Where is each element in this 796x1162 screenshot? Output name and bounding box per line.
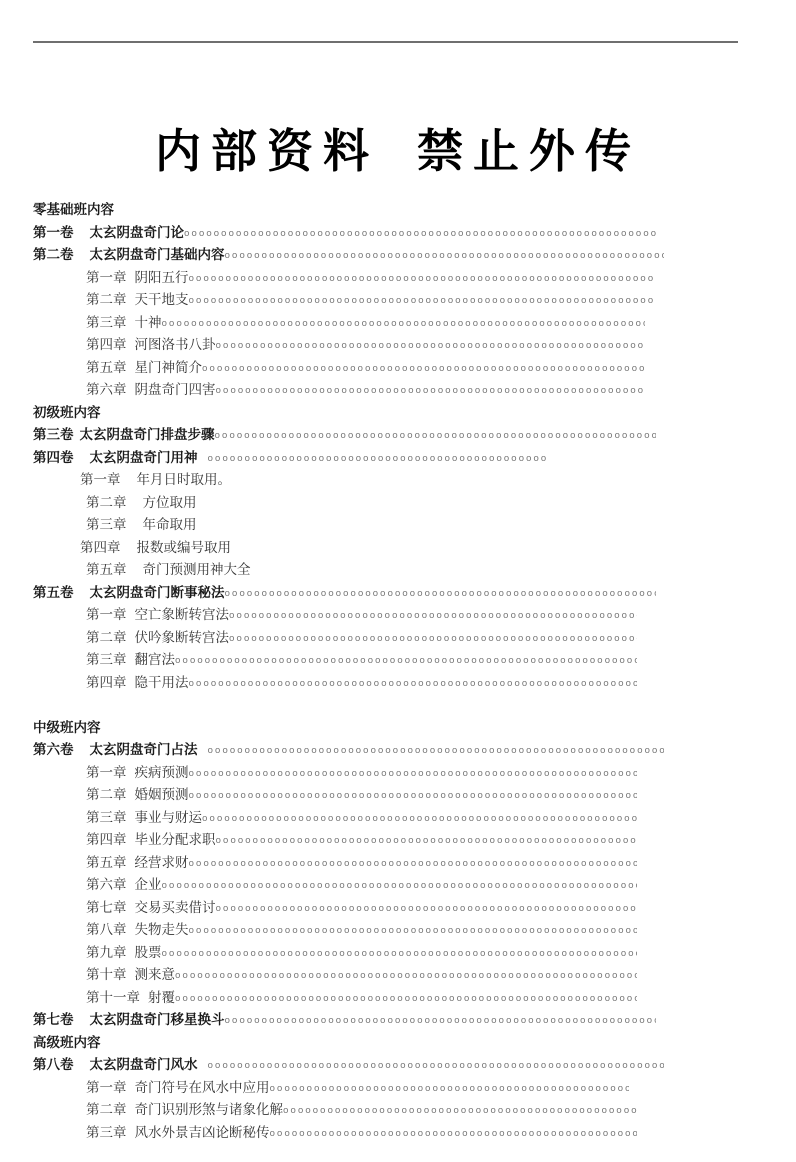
chapter-title: 星门神简介 bbox=[135, 357, 203, 379]
toc-chapter-entry: 第五章经营求财ooooooooooooooooooooooooooooooooo… bbox=[86, 852, 637, 874]
toc-chapter-entry: 第十一章射覆oooooooooooooooooooooooooooooooooo… bbox=[86, 987, 637, 1009]
volume-number: 第四卷 bbox=[33, 447, 74, 469]
chapter-title: 报数或编号取用 bbox=[137, 537, 232, 559]
toc-chapter-entry: 第一章疾病预测ooooooooooooooooooooooooooooooooo… bbox=[86, 762, 637, 784]
toc-chapter-entry: 第一章奇门符号在风水中应用ooooooooooooooooooooooooooo… bbox=[86, 1077, 629, 1099]
dot-leader: oooooooooooooooooooooooooooooooooooooooo… bbox=[175, 649, 637, 671]
chapter-number: 第二章 bbox=[86, 627, 127, 649]
chapter-number: 第二章 bbox=[86, 784, 127, 806]
dot-leader: oooooooooooooooooooooooooooooooooooooooo… bbox=[189, 784, 638, 806]
chapter-number: 第十章 bbox=[86, 964, 127, 986]
chapter-number: 第六章 bbox=[86, 874, 127, 896]
chapter-number: 第五章 bbox=[86, 852, 127, 874]
dot-leader: oooooooooooooooooooooooooooooooooooooooo… bbox=[229, 604, 637, 626]
chapter-title: 交易买卖借讨 bbox=[135, 897, 216, 919]
chapter-number: 第二章 bbox=[86, 1099, 127, 1121]
chapter-title: 奇门符号在风水中应用 bbox=[135, 1077, 270, 1099]
dot-leader: oooooooooooooooooooooooooooooooooooooooo… bbox=[189, 672, 638, 694]
chapter-title: 隐干用法 bbox=[135, 672, 189, 694]
toc-volume-entry: 第六卷太玄阴盘奇门占法ooooooooooooooooooooooooooooo… bbox=[33, 739, 664, 761]
volume-title: 太玄阴盘奇门用神 bbox=[90, 447, 198, 469]
toc-chapter-entry: 第二章奇门识别形煞与诸象化解oooooooooooooooooooooooooo… bbox=[86, 1099, 637, 1121]
chapter-number: 第四章 bbox=[80, 537, 121, 559]
chapter-number: 第七章 bbox=[86, 897, 127, 919]
dot-leader: oooooooooooooooooooooooooooooooooooooooo… bbox=[189, 762, 638, 784]
toc-chapter-entry: 第五章奇门预测用神大全 bbox=[86, 559, 251, 581]
chapter-number: 第三章 bbox=[86, 649, 127, 671]
chapter-number: 第九章 bbox=[86, 942, 127, 964]
dot-leader: oooooooooooooooooooooooooooooooooooooooo… bbox=[225, 244, 665, 266]
chapter-title: 失物走失 bbox=[135, 919, 189, 941]
dot-leader: oooooooooooooooooooooooooooooooooooooooo… bbox=[162, 942, 638, 964]
toc-chapter-entry: 第二章婚姻预测ooooooooooooooooooooooooooooooooo… bbox=[86, 784, 637, 806]
chapter-title: 毕业分配求职 bbox=[135, 829, 216, 851]
chapter-title: 疾病预测 bbox=[135, 762, 189, 784]
toc-chapter-entry: 第六章阴盘奇门四害ooooooooooooooooooooooooooooooo… bbox=[86, 379, 645, 401]
toc-section-heading: 高级班内容 bbox=[33, 1032, 101, 1054]
toc-chapter-entry: 第四章毕业分配求职ooooooooooooooooooooooooooooooo… bbox=[86, 829, 637, 851]
dot-leader: oooooooooooooooooooooooooooooooooooooooo… bbox=[225, 582, 657, 604]
chapter-title: 空亡象断转宫法 bbox=[135, 604, 230, 626]
dot-leader: oooooooooooooooooooooooooooooooooooooooo… bbox=[225, 1009, 657, 1031]
toc-chapter-entry: 第五章星门神简介oooooooooooooooooooooooooooooooo… bbox=[86, 357, 645, 379]
chapter-title: 射覆 bbox=[148, 987, 175, 1009]
dot-leader: oooooooooooooooooooooooooooooooooooooooo… bbox=[208, 1054, 665, 1076]
chapter-title: 测来意 bbox=[135, 964, 176, 986]
toc-volume-entry: 第一卷太玄阴盘奇门论oooooooooooooooooooooooooooooo… bbox=[33, 222, 656, 244]
dot-leader: oooooooooooooooooooooooooooooooooooooooo… bbox=[162, 874, 638, 896]
page-title: 内部资料禁止外传 bbox=[0, 115, 796, 181]
chapter-number: 第五章 bbox=[86, 559, 127, 581]
chapter-number: 第三章 bbox=[86, 514, 127, 536]
dot-leader: oooooooooooooooooooooooooooooooooooooooo… bbox=[189, 919, 638, 941]
toc-chapter-entry: 第四章河图洛书八卦ooooooooooooooooooooooooooooooo… bbox=[86, 334, 645, 356]
dot-leader: oooooooooooooooooooooooooooooooooooooooo… bbox=[216, 334, 646, 356]
dot-leader: oooooooooooooooooooooooooooooooooooooooo… bbox=[189, 852, 638, 874]
toc-chapter-entry: 第一章阴阳五行ooooooooooooooooooooooooooooooooo… bbox=[86, 267, 653, 289]
chapter-title: 天干地支 bbox=[135, 289, 189, 311]
dot-leader: oooooooooooooooooooooooooooooooooooooooo… bbox=[184, 222, 656, 244]
chapter-number: 第三章 bbox=[86, 312, 127, 334]
chapter-title: 风水外景吉凶论断秘传 bbox=[135, 1122, 270, 1144]
toc-volume-entry: 第二卷太玄阴盘奇门基础内容ooooooooooooooooooooooooooo… bbox=[33, 244, 664, 266]
toc-section-heading: 零基础班内容 bbox=[33, 199, 114, 221]
toc-section-heading: 初级班内容 bbox=[33, 402, 101, 424]
chapter-number: 第五章 bbox=[86, 357, 127, 379]
toc-chapter-entry: 第八章失物走失ooooooooooooooooooooooooooooooooo… bbox=[86, 919, 637, 941]
chapter-number: 第一章 bbox=[86, 267, 127, 289]
chapter-number: 第十一章 bbox=[86, 987, 140, 1009]
chapter-number: 第三章 bbox=[86, 807, 127, 829]
dot-leader: oooooooooooooooooooooooooooooooooooooooo… bbox=[215, 424, 657, 446]
dot-leader: oooooooooooooooooooooooooooooooooooooooo… bbox=[189, 267, 654, 289]
chapter-number: 第二章 bbox=[86, 289, 127, 311]
volume-number: 第二卷 bbox=[33, 244, 74, 266]
toc-chapter-entry: 第九章股票ooooooooooooooooooooooooooooooooooo… bbox=[86, 942, 637, 964]
dot-leader: oooooooooooooooooooooooooooooooooooooooo… bbox=[208, 447, 548, 469]
chapter-title: 阴盘奇门四害 bbox=[135, 379, 216, 401]
chapter-number: 第一章 bbox=[86, 1077, 127, 1099]
volume-title: 太玄阴盘奇门论 bbox=[90, 222, 185, 244]
dot-leader: oooooooooooooooooooooooooooooooooooooooo… bbox=[216, 379, 646, 401]
dot-leader: oooooooooooooooooooooooooooooooooooooooo… bbox=[175, 964, 637, 986]
toc-chapter-entry: 第十章测来意oooooooooooooooooooooooooooooooooo… bbox=[86, 964, 637, 986]
toc-volume-entry: 第四卷太玄阴盘奇门用神ooooooooooooooooooooooooooooo… bbox=[33, 447, 547, 469]
dot-leader: oooooooooooooooooooooooooooooooooooooooo… bbox=[162, 312, 646, 334]
toc-chapter-entry: 第三章风水外景吉凶论断秘传ooooooooooooooooooooooooooo… bbox=[86, 1122, 637, 1144]
chapter-number: 第三章 bbox=[86, 1122, 127, 1144]
dot-leader: oooooooooooooooooooooooooooooooooooooooo… bbox=[175, 987, 637, 1009]
dot-leader: oooooooooooooooooooooooooooooooooooooooo… bbox=[229, 627, 637, 649]
chapter-number: 第二章 bbox=[86, 492, 127, 514]
chapter-title: 河图洛书八卦 bbox=[135, 334, 216, 356]
chapter-title: 伏吟象断转宫法 bbox=[135, 627, 230, 649]
chapter-title: 阴阳五行 bbox=[135, 267, 189, 289]
dot-leader: oooooooooooooooooooooooooooooooooooooooo… bbox=[202, 357, 645, 379]
volume-title: 太玄阴盘奇门断事秘法 bbox=[90, 582, 225, 604]
dot-leader: oooooooooooooooooooooooooooooooooooooooo… bbox=[270, 1122, 638, 1144]
title-no-distribution: 禁止外传 bbox=[417, 124, 641, 178]
toc-volume-entry: 第三卷太玄阴盘奇门排盘步骤ooooooooooooooooooooooooooo… bbox=[33, 424, 656, 446]
toc-volume-entry: 第五卷太玄阴盘奇门断事秘法ooooooooooooooooooooooooooo… bbox=[33, 582, 656, 604]
section-label: 零基础班内容 bbox=[33, 199, 114, 221]
toc-chapter-entry: 第二章伏吟象断转宫法oooooooooooooooooooooooooooooo… bbox=[86, 627, 637, 649]
header-rule bbox=[33, 41, 738, 43]
volume-number: 第五卷 bbox=[33, 582, 74, 604]
dot-leader: oooooooooooooooooooooooooooooooooooooooo… bbox=[270, 1077, 630, 1099]
volume-number: 第六卷 bbox=[33, 739, 74, 761]
toc-chapter-entry: 第四章隐干用法ooooooooooooooooooooooooooooooooo… bbox=[86, 672, 637, 694]
chapter-number: 第一章 bbox=[86, 604, 127, 626]
toc-chapter-entry: 第四章报数或编号取用 bbox=[80, 537, 231, 559]
toc-chapter-entry: 第三章年命取用 bbox=[86, 514, 197, 536]
volume-number: 第一卷 bbox=[33, 222, 74, 244]
toc-volume-entry: 第七卷太玄阴盘奇门移星换斗ooooooooooooooooooooooooooo… bbox=[33, 1009, 656, 1031]
chapter-number: 第四章 bbox=[86, 672, 127, 694]
chapter-number: 第八章 bbox=[86, 919, 127, 941]
volume-title: 太玄阴盘奇门风水 bbox=[90, 1054, 198, 1076]
toc-chapter-entry: 第七章交易买卖借讨ooooooooooooooooooooooooooooooo… bbox=[86, 897, 637, 919]
toc-volume-entry: 第八卷太玄阴盘奇门风水ooooooooooooooooooooooooooooo… bbox=[33, 1054, 664, 1076]
volume-title: 太玄阴盘奇门基础内容 bbox=[90, 244, 225, 266]
section-label: 初级班内容 bbox=[33, 402, 101, 424]
chapter-title: 奇门预测用神大全 bbox=[143, 559, 251, 581]
dot-leader: oooooooooooooooooooooooooooooooooooooooo… bbox=[208, 739, 665, 761]
volume-number: 第七卷 bbox=[33, 1009, 74, 1031]
volume-number: 第八卷 bbox=[33, 1054, 74, 1076]
toc-chapter-entry: 第一章年月日时取用。 bbox=[80, 469, 231, 491]
chapter-number: 第四章 bbox=[86, 829, 127, 851]
toc-chapter-entry: 第三章事业与财运oooooooooooooooooooooooooooooooo… bbox=[86, 807, 637, 829]
toc-chapter-entry: 第一章空亡象断转宫法oooooooooooooooooooooooooooooo… bbox=[86, 604, 637, 626]
toc-chapter-entry: 第二章方位取用 bbox=[86, 492, 197, 514]
toc-chapter-entry: 第三章十神ooooooooooooooooooooooooooooooooooo… bbox=[86, 312, 645, 334]
section-label: 高级班内容 bbox=[33, 1032, 101, 1054]
chapter-title: 股票 bbox=[135, 942, 162, 964]
chapter-title: 经营求财 bbox=[135, 852, 189, 874]
section-label: 中级班内容 bbox=[33, 717, 101, 739]
chapter-title: 方位取用 bbox=[143, 492, 197, 514]
chapter-number: 第四章 bbox=[86, 334, 127, 356]
toc-section-heading: 中级班内容 bbox=[33, 717, 101, 739]
chapter-title: 翻宫法 bbox=[135, 649, 176, 671]
chapter-title: 企业 bbox=[135, 874, 162, 896]
toc-chapter-entry: 第二章天干地支ooooooooooooooooooooooooooooooooo… bbox=[86, 289, 653, 311]
toc-chapter-entry: 第六章企业ooooooooooooooooooooooooooooooooooo… bbox=[86, 874, 637, 896]
volume-title: 太玄阴盘奇门排盘步骤 bbox=[80, 424, 215, 446]
chapter-title: 婚姻预测 bbox=[135, 784, 189, 806]
toc-chapter-entry: 第三章翻宫法oooooooooooooooooooooooooooooooooo… bbox=[86, 649, 637, 671]
chapter-number: 第一章 bbox=[80, 469, 121, 491]
dot-leader: oooooooooooooooooooooooooooooooooooooooo… bbox=[202, 807, 637, 829]
dot-leader: oooooooooooooooooooooooooooooooooooooooo… bbox=[283, 1099, 637, 1121]
dot-leader: oooooooooooooooooooooooooooooooooooooooo… bbox=[216, 829, 638, 851]
chapter-title: 十神 bbox=[135, 312, 162, 334]
volume-title: 太玄阴盘奇门占法 bbox=[90, 739, 198, 761]
chapter-title: 年月日时取用。 bbox=[137, 469, 232, 491]
chapter-title: 奇门识别形煞与诸象化解 bbox=[135, 1099, 284, 1121]
title-internal-material: 内部资料 bbox=[155, 124, 379, 178]
volume-title: 太玄阴盘奇门移星换斗 bbox=[90, 1009, 225, 1031]
chapter-number: 第六章 bbox=[86, 379, 127, 401]
dot-leader: oooooooooooooooooooooooooooooooooooooooo… bbox=[216, 897, 638, 919]
chapter-title: 事业与财运 bbox=[135, 807, 203, 829]
chapter-number: 第一章 bbox=[86, 762, 127, 784]
chapter-title: 年命取用 bbox=[143, 514, 197, 536]
volume-number: 第三卷 bbox=[33, 424, 74, 446]
dot-leader: oooooooooooooooooooooooooooooooooooooooo… bbox=[189, 289, 654, 311]
